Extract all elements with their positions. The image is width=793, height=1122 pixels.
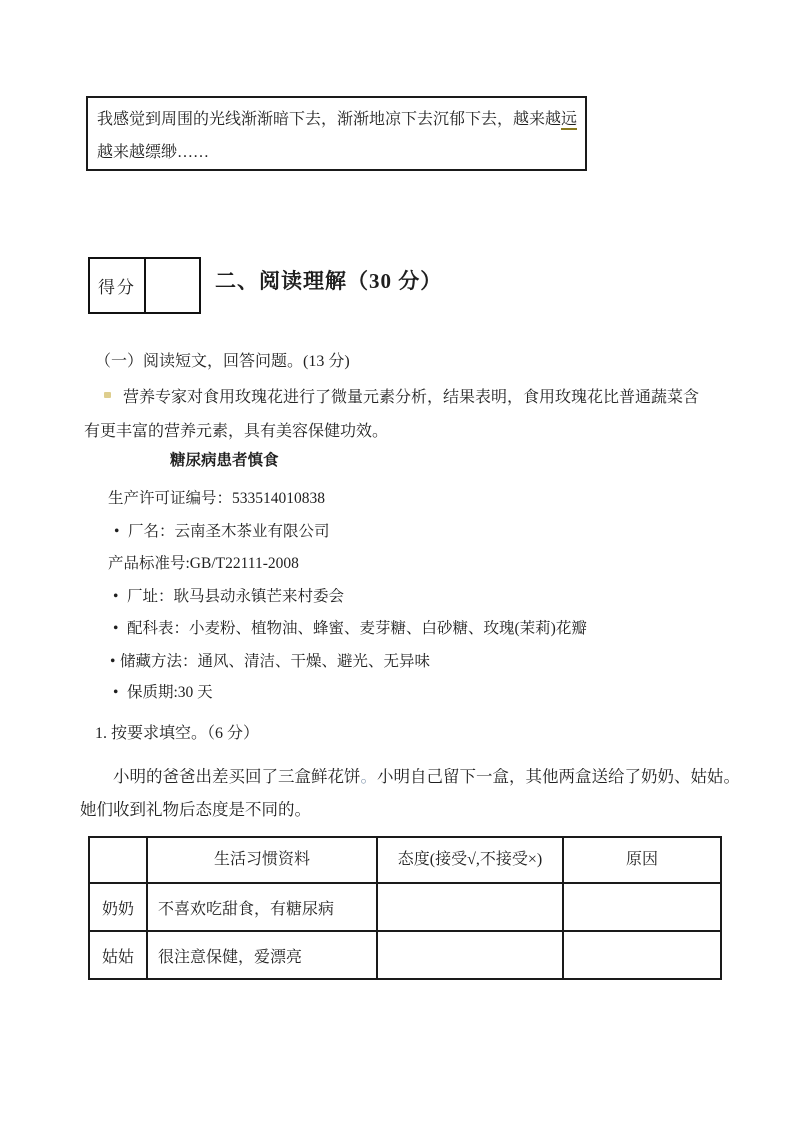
- product-label-title: 糖尿病患者慎食: [170, 448, 279, 470]
- intro-line-2: 有更丰富的营养元素，具有美容保健功效。: [84, 418, 388, 441]
- label-line-ingredients: •配科表：小麦粉、植物油、蜂蜜、麦芽糖、白砂糖、玫瑰(茉莉)花瓣: [108, 618, 587, 651]
- row-habit: 不喜欢吃甜食，有糖尿病: [147, 883, 377, 931]
- row-reason-blank: [563, 883, 721, 931]
- row-habit: 很注意保健，爱漂亮: [147, 931, 377, 979]
- question1-para-line-1: 小明的爸爸出差买回了三盒鲜花饼。小明自己留下一盒，其他两盒送给了奶奶、姑姑。: [113, 763, 740, 787]
- bullet-mark: •: [110, 651, 120, 673]
- excerpt-box: 我感觉到周围的光线渐渐暗下去，渐渐地凉下去沉郁下去，越来越远 越来越缥缈……: [86, 96, 587, 171]
- row-attitude-blank: [377, 883, 563, 931]
- header-reason: 原因: [563, 837, 721, 883]
- score-label: 得分: [90, 259, 146, 312]
- part-one-heading: （一）阅读短文，回答问题。(13 分): [95, 348, 350, 371]
- highlight-mark: [104, 392, 111, 398]
- excerpt-line-2-text: 越来越缥缈……: [97, 144, 209, 161]
- row-attitude-blank: [377, 931, 563, 979]
- question1-heading: 1. 按要求填空。（6 分）: [95, 720, 259, 743]
- label-line-text: 厂名：云南圣木茶业有限公司: [128, 523, 330, 540]
- product-label-list: 生产许可证编号：533514010838 •厂名：云南圣木茶业有限公司 产品标准…: [108, 488, 587, 714]
- para-seg-1: 小明的爸爸出差买回了三盒鲜花饼: [113, 767, 361, 786]
- label-line-shelf-life: •保质期:30 天: [108, 682, 587, 715]
- excerpt-line-1: 我感觉到周围的光线渐渐暗下去，渐渐地凉下去沉郁下去，越来越远: [97, 103, 577, 136]
- label-line-text: 配科表：小麦粉、植物油、蜂蜜、麦芽糖、白砂糖、玫瑰(茉莉)花瓣: [127, 620, 587, 637]
- label-line-standard: 产品标准号:GB/T22111-2008: [108, 553, 587, 586]
- score-input-cell: [146, 259, 199, 312]
- table-row: 奶奶 不喜欢吃甜食，有糖尿病: [89, 883, 721, 931]
- fill-in-table: 生活习惯资料 态度(接受√,不接受×) 原因 奶奶 不喜欢吃甜食，有糖尿病 姑姑…: [88, 836, 722, 980]
- bullet-mark: •: [113, 586, 127, 608]
- para-seg-2: 小明自己留下一盒，其他两盒送给了奶奶、姑姑。: [377, 767, 740, 786]
- label-line-text: 保质期:30 天: [127, 684, 213, 701]
- label-line-license: 生产许可证编号：533514010838: [108, 488, 587, 521]
- question1-para-line-2: 她们收到礼物后态度是不同的。: [80, 796, 311, 820]
- table-header-row: 生活习惯资料 态度(接受√,不接受×) 原因: [89, 837, 721, 883]
- header-blank: [89, 837, 147, 883]
- section-title: 二、阅读理解（30 分）: [215, 265, 442, 295]
- excerpt-line-2: 越来越缥缈……: [97, 136, 577, 169]
- excerpt-line-1-text: 我感觉到周围的光线渐渐暗下去，渐渐地凉下去沉郁下去，越来越: [97, 111, 561, 128]
- label-line-address: •厂址：耿马县动永镇芒来村委会: [108, 586, 587, 619]
- header-attitude: 态度(接受√,不接受×): [377, 837, 563, 883]
- intro-line-1: 营养专家对食用玫瑰花进行了微量元素分析，结果表明，食用玫瑰花比普通蔬菜含: [123, 384, 699, 407]
- label-line-factory-name: •厂名：云南圣木茶业有限公司: [108, 521, 587, 554]
- bullet-mark: •: [113, 682, 127, 704]
- bullet-mark: •: [114, 521, 128, 543]
- row-name: 姑姑: [89, 931, 147, 979]
- table-row: 姑姑 很注意保健，爱漂亮: [89, 931, 721, 979]
- header-habit: 生活习惯资料: [147, 837, 377, 883]
- row-reason-blank: [563, 931, 721, 979]
- score-box: 得分: [88, 257, 201, 314]
- label-line-text: 生产许可证编号：533514010838: [108, 490, 325, 507]
- row-name: 奶奶: [89, 883, 147, 931]
- para-period: 。: [361, 767, 378, 786]
- bullet-mark: •: [113, 618, 127, 640]
- label-line-storage: •储藏方法：通风、清洁、干燥、避光、无异味: [108, 651, 587, 682]
- label-line-text: 厂址：耿马县动永镇芒来村委会: [127, 588, 344, 605]
- excerpt-underlined-char: 远: [561, 111, 577, 130]
- label-line-text: 储藏方法：通风、清洁、干燥、避光、无异味: [120, 653, 430, 670]
- label-line-text: 产品标准号:GB/T22111-2008: [108, 555, 299, 572]
- exam-page: 我感觉到周围的光线渐渐暗下去，渐渐地凉下去沉郁下去，越来越远 越来越缥缈…… 得…: [0, 0, 793, 1122]
